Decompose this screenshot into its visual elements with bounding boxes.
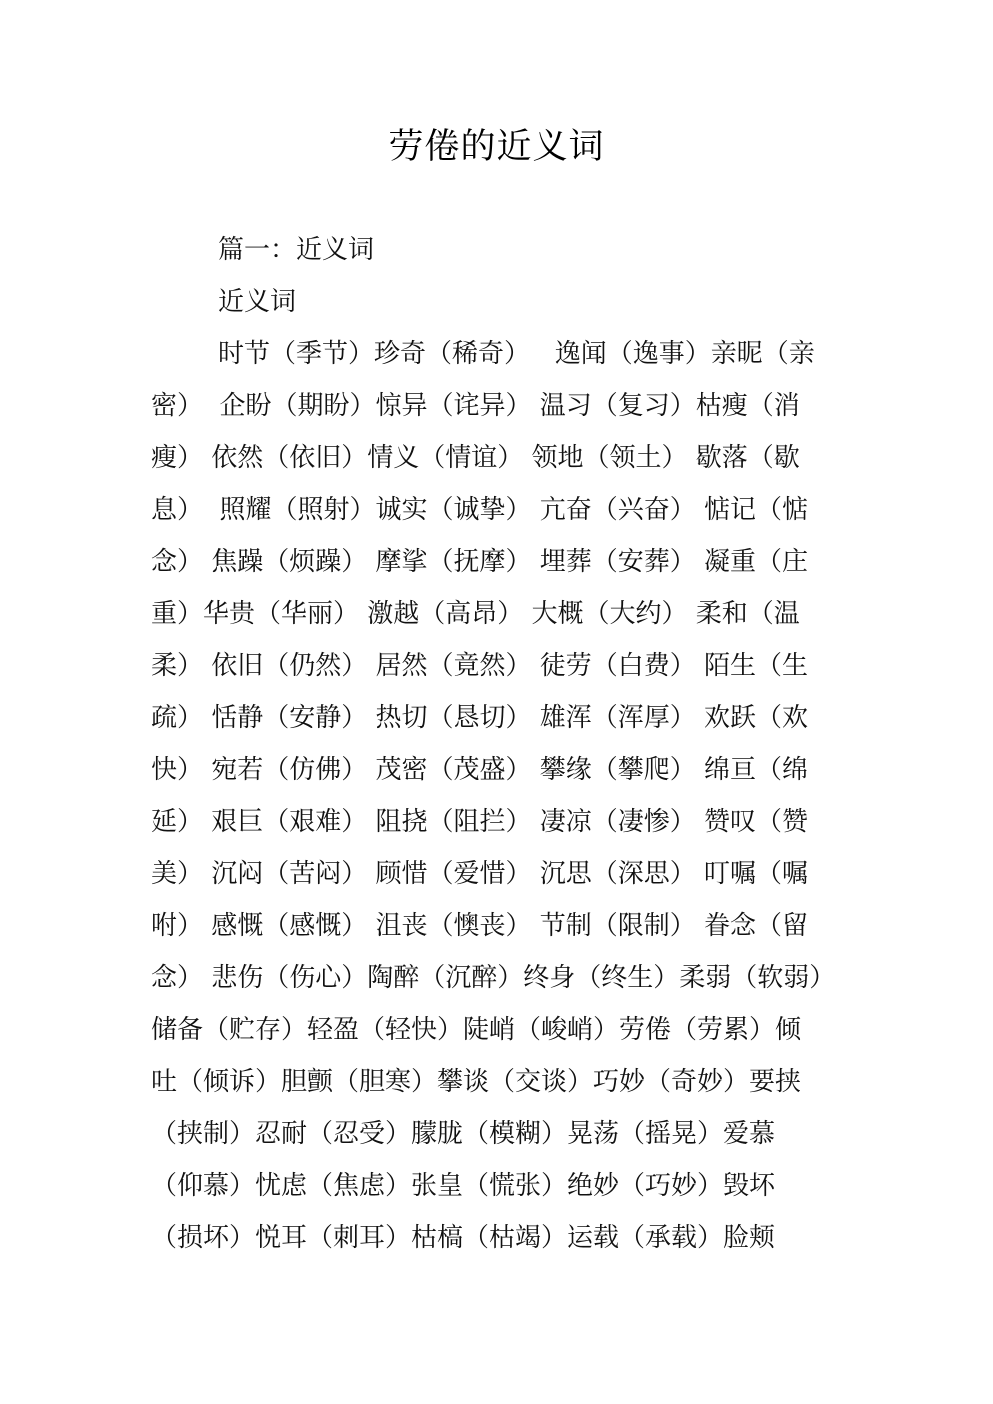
body-line: 密） 企盼（期盼）惊异（诧异） 温习（复习）枯瘦（消: [151, 388, 800, 424]
body-line: 念） 悲伤（伤心）陶醉（沉醉）终身（终生）柔弱（软弱）: [151, 960, 835, 996]
body-line: 瘦） 依然（依旧）情义（情谊） 领地（领土） 歇落（歇: [151, 440, 800, 476]
body-line: 时节（季节）珍奇（稀奇） 逸闻（逸事）亲昵（亲: [218, 336, 815, 372]
body-line: 疏） 恬静（安静） 热切（恳切） 雄浑（浑厚） 欢跃（欢: [151, 700, 808, 736]
body-line: 延） 艰巨（艰难） 阻挠（阻拦） 凄凉（凄惨） 赞叹（赞: [151, 804, 808, 840]
body-line: 咐） 感慨（感慨） 沮丧（懊丧） 节制（限制） 眷念（留: [151, 908, 808, 944]
document-title: 劳倦的近义词: [0, 122, 993, 172]
body-line: （损坏）悦耳（刺耳）枯槁（枯竭）运载（承载）脸颊: [151, 1220, 775, 1256]
body-line: 念） 焦躁（烦躁） 摩挲（抚摩） 埋葬（安葬） 凝重（庄: [151, 544, 808, 580]
body-line: 息） 照耀（照射）诚实（诚挚） 亢奋（兴奋） 惦记（惦: [151, 492, 808, 528]
body-line: 快） 宛若（仿佛） 茂密（茂盛） 攀缘（攀爬） 绵亘（绵: [151, 752, 808, 788]
body-line: 美） 沉闷（苦闷） 顾惜（爱惜） 沉思（深思） 叮嘱（嘱: [151, 856, 808, 892]
body-line: 柔） 依旧（仍然） 居然（竟然） 徒劳（白费） 陌生（生: [151, 648, 808, 684]
body-line: （仰慕）忧虑（焦虑）张皇（慌张）绝妙（巧妙）毁坏: [151, 1168, 775, 1204]
body-line: （挟制）忍耐（忍受）朦胧（模糊）晃荡（摇晃）爱慕: [151, 1116, 775, 1152]
section-heading: 篇一：近义词: [218, 232, 374, 268]
body-line: 吐（倾诉）胆颤（胆寒）攀谈（交谈）巧妙（奇妙）要挟: [151, 1064, 801, 1100]
subheading: 近义词: [218, 284, 296, 320]
body-line: 重）华贵（华丽） 激越（高昂） 大概（大约） 柔和（温: [151, 596, 800, 632]
body-line: 储备（贮存）轻盈（轻快）陡峭（峻峭）劳倦（劳累）倾: [151, 1012, 801, 1048]
